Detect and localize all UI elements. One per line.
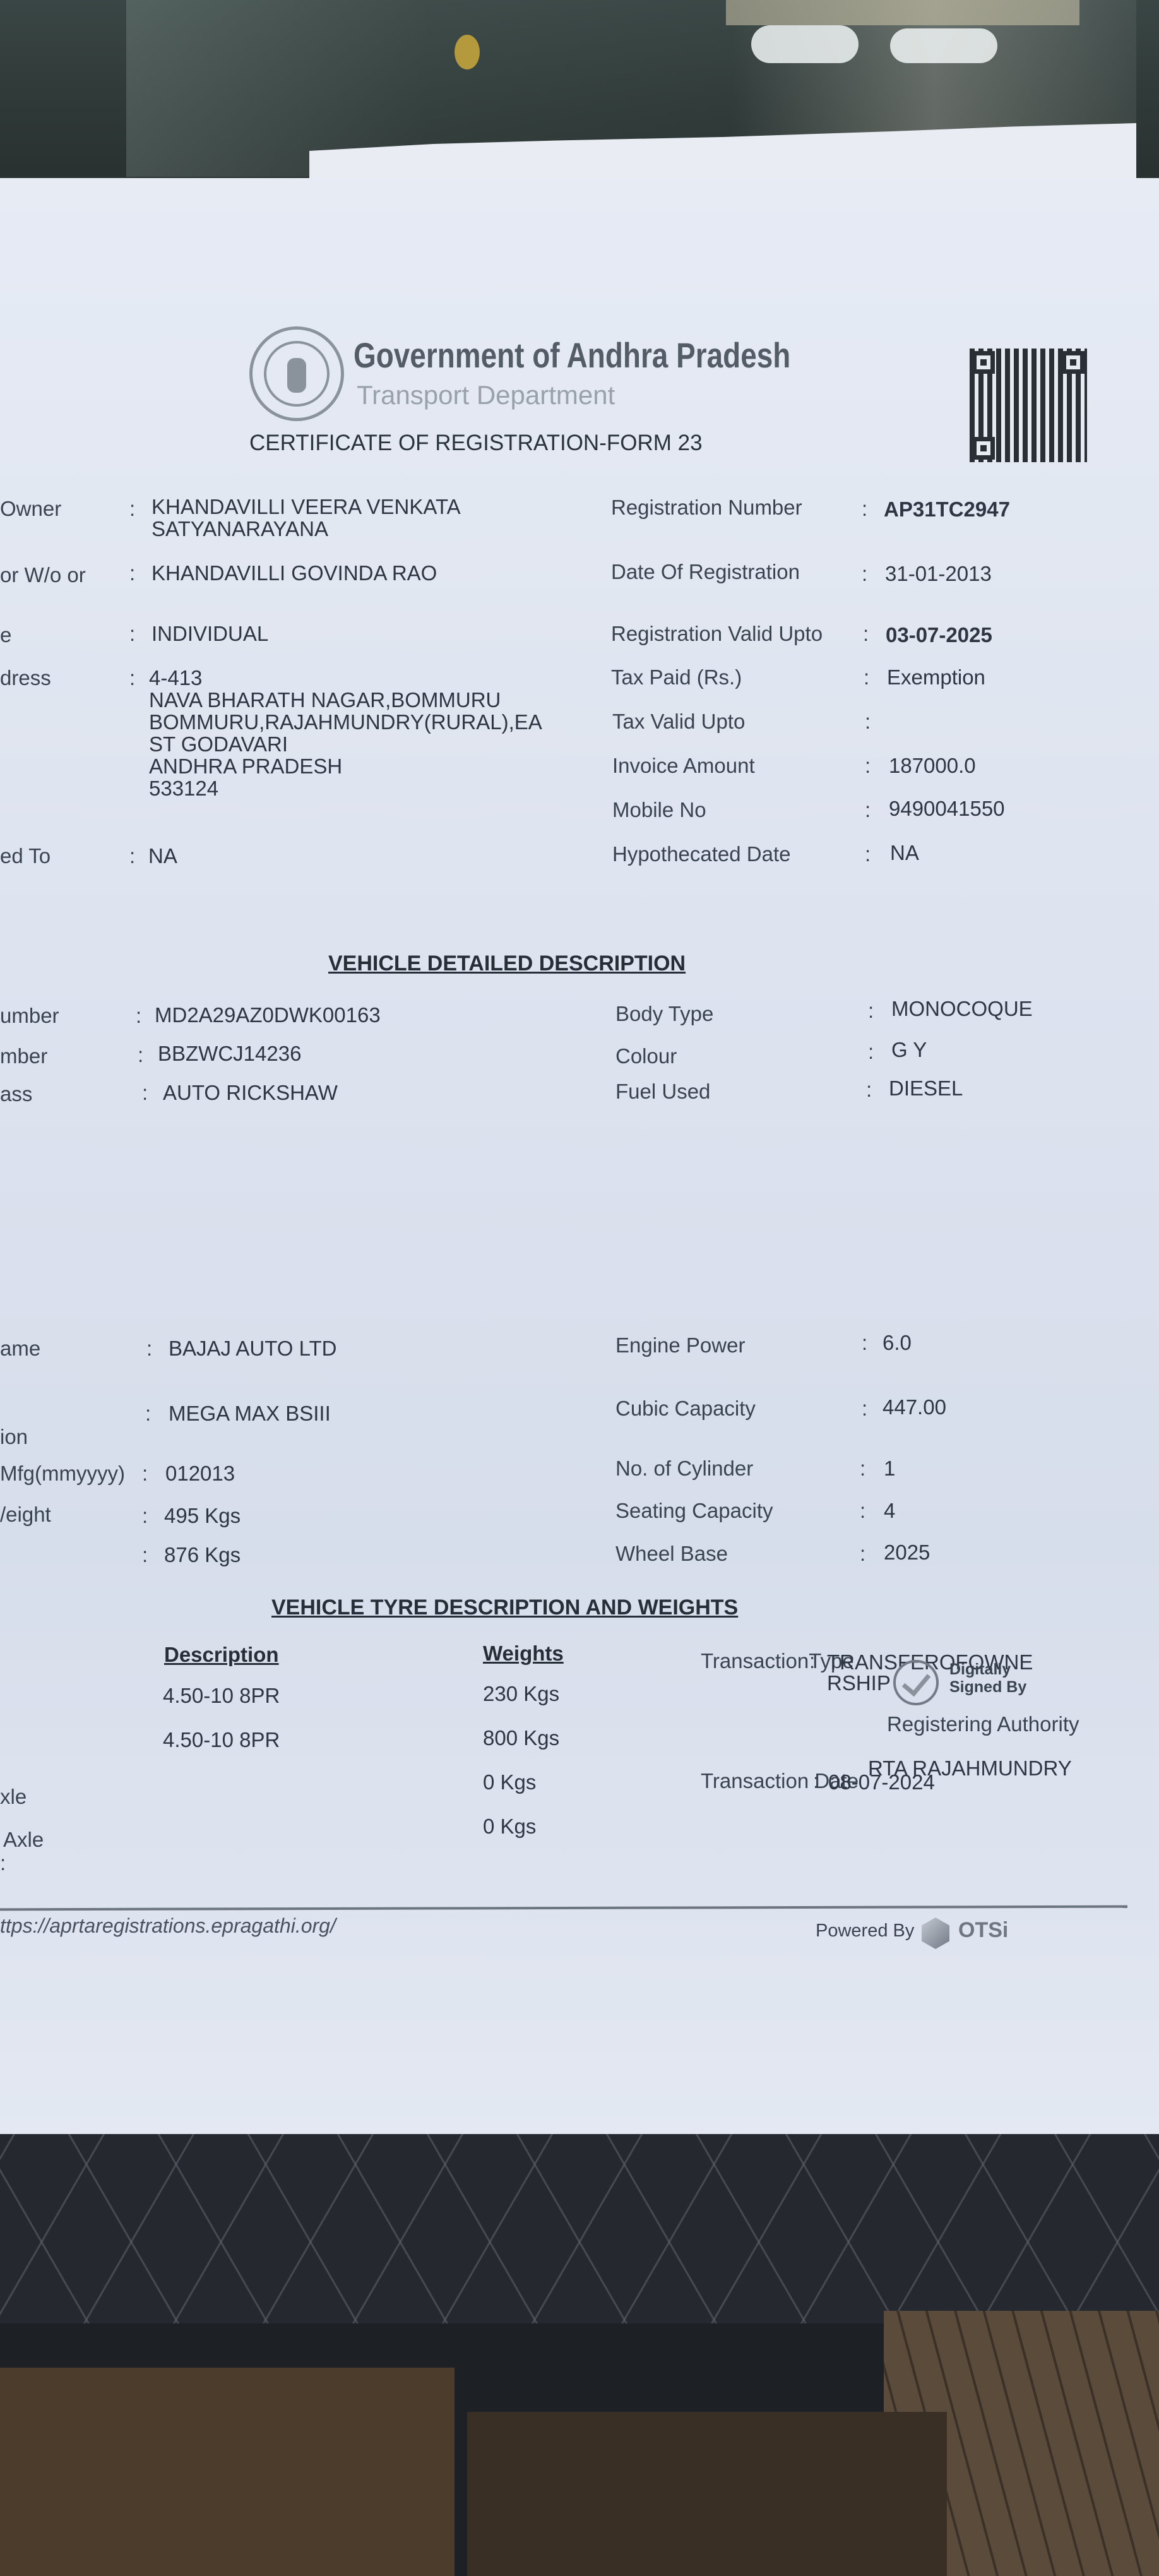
address-line3: BOMMURU,RAJAHMUNDRY(RURAL),EA — [149, 710, 542, 734]
registration-valid-label: Registration Valid Upto — [611, 622, 823, 646]
body-type-value: MONOCOQUE — [891, 997, 1033, 1021]
colon: : — [142, 1504, 148, 1528]
form-title: CERTIFICATE OF REGISTRATION-FORM 23 — [249, 431, 703, 456]
colon: : — [863, 622, 869, 646]
mfg-date-label: Mfg(mmyyyy) — [0, 1462, 125, 1486]
owner-name-line2: SATYANARAYANA — [152, 517, 328, 541]
owner-label: Owner — [0, 497, 61, 521]
engine-number-value: BBZWCJ14236 — [158, 1042, 301, 1066]
state-emblem-icon — [249, 326, 344, 421]
tyre-section-title: VEHICLE TYRE DESCRIPTION AND WEIGHTS — [271, 1595, 738, 1620]
body-type-label: Body Type — [615, 1002, 713, 1026]
colon: : — [129, 844, 135, 868]
registration-valid-value: 03-07-2025 — [886, 623, 992, 647]
ownership-type-value: INDIVIDUAL — [152, 622, 268, 646]
address-line4: ST GODAVARI — [149, 732, 288, 756]
mobile-label: Mobile No — [612, 798, 706, 822]
vehicle-class-label: ass — [0, 1082, 32, 1106]
qr-code-icon — [970, 349, 1087, 462]
address-line1: 4-413 — [149, 666, 202, 690]
unladen-weight-label: /eight — [0, 1503, 51, 1527]
registering-authority: Registering Authority — [887, 1712, 1079, 1736]
colon: : — [862, 1331, 867, 1355]
colon: : — [865, 710, 871, 734]
colon: : — [860, 1499, 865, 1523]
colon: : — [129, 497, 135, 521]
vehicle-class-value: AUTO RICKSHAW — [163, 1081, 338, 1105]
colon: : — [813, 1769, 819, 1793]
colon: : — [138, 1043, 143, 1067]
colon: : — [865, 754, 871, 778]
government-title: Government of Andhra Pradesh — [354, 335, 790, 376]
seat-panel — [467, 2412, 947, 2576]
qr-finder-icon — [972, 437, 995, 460]
digitally-text: Digitally — [949, 1661, 1011, 1679]
registration-date-label: Date Of Registration — [611, 560, 800, 584]
hypothecated-to-value: NA — [148, 844, 177, 868]
fuel-value: DIESEL — [889, 1076, 963, 1100]
address-label: dress — [0, 666, 51, 690]
fuel-label: Fuel Used — [615, 1080, 710, 1104]
stain-mark — [455, 35, 480, 69]
seating-capacity-value: 4 — [884, 1499, 895, 1523]
seat-panel — [0, 2368, 455, 2576]
chassis-number-value: MD2A29AZ0DWK00163 — [155, 1003, 381, 1027]
glare-spot — [890, 28, 997, 63]
invoice-amount-value: 187000.0 — [889, 754, 976, 778]
colon: : — [129, 666, 135, 690]
cubic-capacity-label: Cubic Capacity — [615, 1397, 756, 1421]
description-column-header: Description — [164, 1643, 279, 1667]
address-pincode: 533124 — [149, 777, 218, 801]
address-line2: NAVA BHARATH NAGAR,BOMMURU — [149, 688, 501, 712]
invoice-amount-label: Invoice Amount — [612, 754, 755, 778]
qr-finder-icon — [972, 351, 995, 374]
qr-finder-icon — [1062, 351, 1085, 374]
colon: : — [866, 1078, 872, 1102]
colon: : — [146, 1337, 152, 1361]
colon: : — [862, 562, 867, 586]
engine-power-value: 6.0 — [883, 1331, 912, 1355]
footer-divider — [0, 1905, 1127, 1911]
model-label: ion — [0, 1425, 28, 1449]
colon: : — [860, 1542, 865, 1566]
chassis-number-label: umber — [0, 1004, 59, 1028]
registration-date-value: 31-01-2013 — [885, 562, 992, 586]
glare-spot — [751, 25, 859, 63]
mfg-date-value: 012013 — [165, 1462, 235, 1486]
relation-name: KHANDAVILLI GOVINDA RAO — [152, 561, 437, 585]
cylinders-value: 1 — [884, 1457, 895, 1481]
wheel-base-label: Wheel Base — [615, 1542, 728, 1566]
colon: : — [865, 798, 871, 822]
cylinders-label: No. of Cylinder — [615, 1457, 753, 1481]
colon: : — [142, 1081, 148, 1105]
otsi-logo-icon — [922, 1917, 949, 1949]
footer-url-link[interactable]: ttps://aprtaregistrations.epragathi.org/ — [0, 1914, 336, 1938]
seating-capacity-label: Seating Capacity — [615, 1499, 773, 1523]
hypothecated-date-label: Hypothecated Date — [612, 842, 791, 866]
ownership-type-label: e — [0, 623, 11, 647]
colon: : — [868, 999, 874, 1023]
colour-value: G Y — [891, 1038, 927, 1062]
powered-by-text: Powered By — [816, 1921, 914, 1941]
colon: : — [865, 842, 871, 866]
unladen-weight-value: 495 Kgs — [164, 1504, 241, 1528]
light-reflection — [726, 0, 1079, 25]
colon: : — [145, 1402, 151, 1426]
cubic-capacity-value: 447.00 — [883, 1395, 946, 1419]
maker-name-label: ame — [0, 1337, 40, 1361]
colon: : — [129, 561, 135, 585]
mobile-value: 9490041550 — [889, 797, 1005, 821]
hypothecated-to-label: ed To — [0, 844, 51, 868]
colour-label: Colour — [615, 1044, 677, 1068]
colon: : — [136, 1004, 141, 1028]
colon: : — [864, 665, 869, 689]
tax-paid-label: Tax Paid (Rs.) — [611, 665, 742, 689]
tyre-row-2-weight: 800 Kgs — [483, 1726, 559, 1750]
tyre-row-4-axle: Axle — [3, 1828, 44, 1852]
weights-column-header: Weights — [483, 1642, 564, 1666]
otsi-brand: OTSi — [958, 1918, 1008, 1943]
department-subtitle: Transport Department — [357, 380, 615, 410]
registration-number-label: Registration Number — [611, 496, 802, 520]
digital-signature-check-icon — [893, 1660, 939, 1705]
colon: : — [129, 622, 135, 646]
maker-name-value: BAJAJ AUTO LTD — [169, 1337, 337, 1361]
tax-paid-value: Exemption — [887, 665, 985, 689]
engine-number-label: mber — [0, 1044, 47, 1068]
rta-office: RTA RAJAHMUNDRY — [868, 1756, 1072, 1780]
owner-name-line1: KHANDAVILLI VEERA VENKATA — [152, 495, 461, 519]
tyre-row-3-axle: xle — [0, 1785, 27, 1809]
tyre-row-1-weight: 230 Kgs — [483, 1682, 559, 1706]
engine-power-label: Engine Power — [615, 1333, 745, 1357]
background-car-seat — [0, 2134, 1159, 2576]
tax-valid-label: Tax Valid Upto — [612, 710, 745, 734]
tyre-row-1-description: 4.50-10 8PR — [163, 1684, 280, 1708]
address-line5: ANDHRA PRADESH — [149, 754, 342, 778]
registration-certificate: Government of Andhra Pradesh Transport D… — [0, 178, 1159, 2135]
colon: : — [868, 1040, 874, 1064]
hypothecated-date-value: NA — [890, 841, 919, 865]
vehicle-section-title: VEHICLE DETAILED DESCRIPTION — [328, 951, 686, 976]
tyre-row-4-weight: 0 Kgs — [483, 1815, 536, 1839]
wheel-base-value: 2025 — [884, 1541, 930, 1565]
relation-label: or W/o or — [0, 563, 86, 587]
tyre-row-3-weight: 0 Kgs — [483, 1770, 536, 1794]
colon: : — [142, 1543, 148, 1567]
colon: : — [862, 497, 867, 521]
quilted-seat-cover — [0, 2134, 1159, 2323]
transaction-type-line2: RSHIP — [827, 1671, 891, 1695]
signed-by-text: Signed By — [949, 1678, 1026, 1696]
colon: : — [862, 1397, 867, 1421]
tyre-row-2-description: 4.50-10 8PR — [163, 1728, 280, 1752]
colon: : — [809, 1649, 815, 1673]
colon: : — [860, 1457, 865, 1481]
background-plastic-sleeve — [0, 0, 1159, 189]
registration-number-value: AP31TC2947 — [884, 498, 1010, 522]
model-value: MEGA MAX BSIII — [169, 1402, 331, 1426]
colon: : — [142, 1462, 148, 1486]
stray-colon: : — [0, 1851, 6, 1875]
gross-weight-value: 876 Kgs — [164, 1543, 241, 1567]
